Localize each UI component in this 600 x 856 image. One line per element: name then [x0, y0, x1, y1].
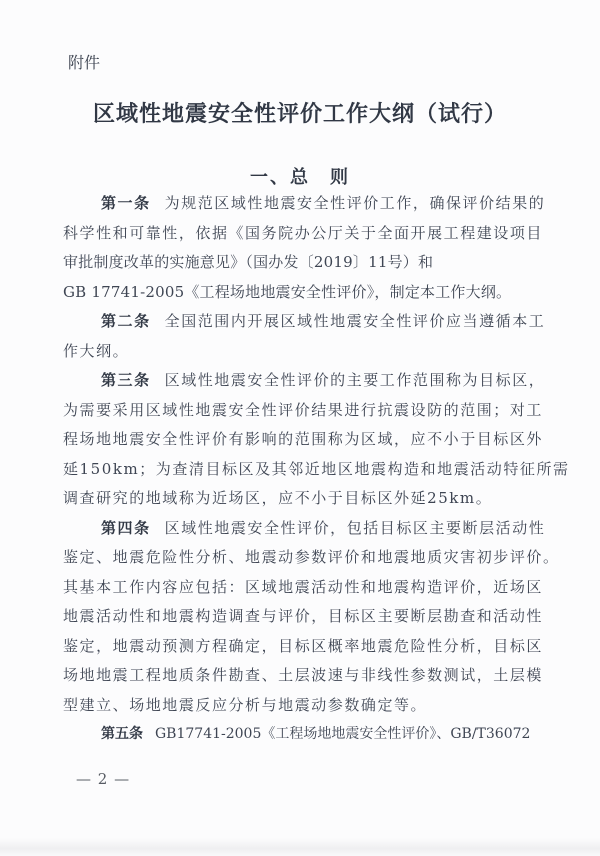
document-body: 第一条为规范区域性地震安全性评价工作，确保评价结果的 科学性和可靠性，依据《国务… — [63, 189, 545, 750]
line-text: 地震活动性和地震构造调查与评价，目标区主要断层勘查和活动性 — [63, 607, 543, 625]
scan-edge-shadow — [0, 838, 600, 856]
body-line: 鉴定，地震动预测方程确定，目标区概率地震危险性分析，目标区 — [63, 632, 545, 662]
line-text: 型建立、场地地震反应分析与地震动参数确定等。 — [63, 696, 427, 714]
body-line: 科学性和可靠性，依据《国务院办公厅关于全面开展工程建设项目 — [63, 219, 545, 249]
attachment-label: 附件 — [68, 50, 100, 73]
line-text: 场地地震工程地质条件勘查、土层波速与非线性参数测试，土层模 — [63, 666, 543, 684]
body-line: 第一条为规范区域性地震安全性评价工作，确保评价结果的 — [63, 189, 545, 219]
body-line: 为需要采用区域性地震安全性评价结果进行抗震设防的范围；对工 — [63, 396, 545, 426]
page-title: 区域性地震安全性评价工作大纲（试行） — [0, 97, 600, 128]
line-text: 延150km；为查清目标区及其邻近地区地震构造和地震活动特征所需 — [63, 460, 570, 478]
article-label: 第一条 — [101, 194, 151, 212]
body-line: 作大纲。 — [63, 337, 545, 367]
body-line: 鉴定、地震危险性分析、地震动参数评价和地震地质灾害初步评价。 — [63, 543, 545, 573]
body-line: 地震活动性和地震构造调查与评价，目标区主要断层勘查和活动性 — [63, 602, 545, 632]
body-line: 审批制度改革的实施意见》（国办发〔2019〕11号）和 — [63, 248, 545, 278]
line-text: 审批制度改革的实施意见》（国办发〔2019〕11号）和 — [63, 253, 433, 271]
line-text: 全国范围内开展区域性地震安全性评价应当遵循本工 — [165, 312, 546, 330]
line-text: 其基本工作内容应包括：区域地震活动性和地震构造评价，近场区 — [63, 578, 543, 596]
line-text: 作大纲。 — [63, 342, 129, 360]
line-text: 调查研究的地域称为近场区，应不小于目标区外延25km。 — [63, 489, 492, 507]
body-line: 第五条GB17741-2005《工程场地地震安全性评价》、GB/T36072 — [63, 720, 545, 750]
body-line: 其基本工作内容应包括：区域地震活动性和地震构造评价，近场区 — [63, 573, 545, 603]
line-text: 鉴定，地震动预测方程确定，目标区概率地震危险性分析，目标区 — [63, 637, 543, 655]
body-line: 延150km；为查清目标区及其邻近地区地震构造和地震活动特征所需 — [63, 455, 545, 485]
line-text: 区域性地震安全性评价，包括目标区主要断层活动性 — [165, 519, 546, 537]
line-text: 科学性和可靠性，依据《国务院办公厅关于全面开展工程建设项目 — [63, 224, 543, 242]
page-number: — 2 — — [76, 770, 130, 788]
line-text: GB 17741-2005《工程场地地震安全性评价》，制定本工作大纲。 — [63, 283, 511, 301]
article-label: 第二条 — [101, 312, 151, 330]
body-line: 第四条区域性地震安全性评价，包括目标区主要断层活动性 — [63, 514, 545, 544]
line-text: 区域性地震安全性评价的主要工作范围称为目标区， — [165, 371, 546, 389]
line-text: GB17741-2005《工程场地地震安全性评价》、GB/T36072 — [155, 726, 530, 742]
body-line: 场地地震工程地质条件勘查、土层波速与非线性参数测试，土层模 — [63, 661, 545, 691]
body-line: 调查研究的地域称为近场区，应不小于目标区外延25km。 — [63, 484, 545, 514]
body-line: 第二条全国范围内开展区域性地震安全性评价应当遵循本工 — [63, 307, 545, 337]
body-line: 第三条区域性地震安全性评价的主要工作范围称为目标区， — [63, 366, 545, 396]
line-text: 为规范区域性地震安全性评价工作，确保评价结果的 — [165, 194, 546, 212]
body-line: 型建立、场地地震反应分析与地震动参数确定等。 — [63, 691, 545, 721]
body-line: 程场地地震安全性评价有影响的范围称为区域，应不小于目标区外 — [63, 425, 545, 455]
line-text: 鉴定、地震危险性分析、地震动参数评价和地震地质灾害初步评价。 — [63, 548, 560, 566]
article-label: 第五条 — [101, 726, 143, 742]
article-label: 第三条 — [101, 371, 151, 389]
article-label: 第四条 — [101, 519, 151, 537]
section-heading: 一、总 则 — [0, 163, 600, 189]
body-line: GB 17741-2005《工程场地地震安全性评价》，制定本工作大纲。 — [63, 278, 545, 308]
line-text: 程场地地震安全性评价有影响的范围称为区域，应不小于目标区外 — [63, 430, 543, 448]
document-page: 附件 区域性地震安全性评价工作大纲（试行） 一、总 则 第一条为规范区域性地震安… — [0, 0, 600, 856]
line-text: 为需要采用区域性地震安全性评价结果进行抗震设防的范围；对工 — [63, 401, 543, 419]
